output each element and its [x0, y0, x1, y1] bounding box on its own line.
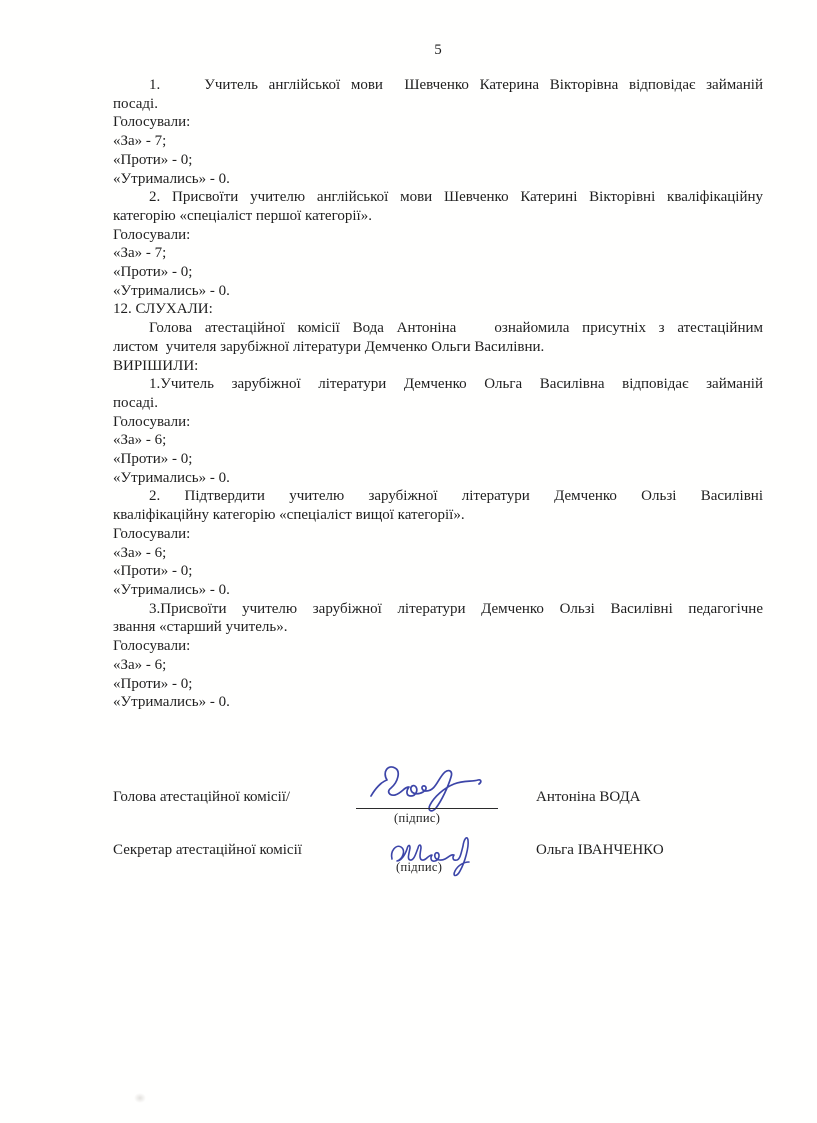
- signature-label-head: Голова атестаційної комісії/: [113, 789, 290, 806]
- signature-name-head: Антоніна ВОДА: [536, 789, 641, 806]
- text-line: звання «старший учитель».: [113, 618, 763, 637]
- text-line: «Утримались» - 0.: [113, 469, 763, 488]
- text-line: «За» - 7;: [113, 244, 763, 263]
- text-line: кваліфікаційну категорію «спеціаліст вищ…: [113, 506, 763, 525]
- scan-smudge: [134, 1093, 146, 1103]
- text-line: «Проти» - 0;: [113, 562, 763, 581]
- signature-caption-secretary: (підпис): [396, 860, 442, 875]
- text-line: Голосували:: [113, 637, 763, 656]
- list-number: 1.: [149, 76, 160, 95]
- text-line: 1.Учитель зарубіжної літератури Демченко…: [113, 375, 763, 394]
- text-line: 12. СЛУХАЛИ:: [113, 300, 763, 319]
- text-line: посаді.: [113, 95, 763, 114]
- text-line: Голосували:: [113, 525, 763, 544]
- signature-label-secretary: Секретар атестаційної комісії: [113, 842, 302, 859]
- text-line: «Утримались» - 0.: [113, 693, 763, 712]
- text-line: посаді.: [113, 394, 763, 413]
- text-line: 2. Підтвердити учителю зарубіжної літера…: [113, 487, 763, 506]
- signature-caption-head: (підпис): [394, 811, 440, 826]
- document-body: 1.Учитель англійської мови Шевченко Кате…: [113, 76, 763, 712]
- signature-underline: [356, 808, 498, 809]
- text-line: «За» - 7;: [113, 132, 763, 151]
- scanned-document-page: 5 1.Учитель англійської мови Шевченко Ка…: [0, 0, 817, 1123]
- text-line: «Проти» - 0;: [113, 675, 763, 694]
- text-line: «Проти» - 0;: [113, 151, 763, 170]
- text-line: «Утримались» - 0.: [113, 282, 763, 301]
- text-line: Голосували:: [113, 113, 763, 132]
- text-line: Голосували:: [113, 413, 763, 432]
- page-number: 5: [113, 42, 763, 59]
- signature-name-secretary: Ольга ІВАНЧЕНКО: [536, 842, 664, 859]
- text-line: ВИРІШИЛИ:: [113, 357, 763, 376]
- text-line: «Утримались» - 0.: [113, 581, 763, 600]
- signature-head-ink: [366, 760, 488, 814]
- text-line: Голосували:: [113, 226, 763, 245]
- text-line: «Проти» - 0;: [113, 263, 763, 282]
- text-line: 2. Присвоїти учителю англійської мови Ше…: [113, 188, 763, 207]
- text-line: «За» - 6;: [113, 431, 763, 450]
- text-line: «За» - 6;: [113, 656, 763, 675]
- text-line: листом учителя зарубіжної літератури Дем…: [113, 338, 763, 357]
- text-line: категорію «спеціаліст першої категорії».: [113, 207, 763, 226]
- text-line: Голова атестаційної комісії Вода Антонін…: [113, 319, 763, 338]
- text-line: «За» - 6;: [113, 544, 763, 563]
- text-line: 1.Учитель англійської мови Шевченко Кате…: [113, 76, 763, 95]
- text-line: 3.Присвоїти учителю зарубіжної літератур…: [113, 600, 763, 619]
- text-line: «Утримались» - 0.: [113, 170, 763, 189]
- text-line: «Проти» - 0;: [113, 450, 763, 469]
